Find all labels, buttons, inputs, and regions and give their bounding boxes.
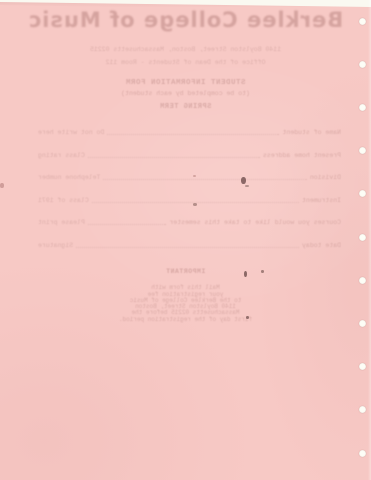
dotted-leader-line <box>88 224 167 225</box>
form-row: InstrumentClass of 1971 <box>38 197 341 204</box>
form-row-right-text: Do not write here <box>38 129 104 136</box>
ink-speck <box>245 185 249 187</box>
dotted-leader-line <box>88 157 260 158</box>
form-row-label: Instrument <box>302 197 341 204</box>
letterhead-office-line: Office of the Dean of Students - Room 11… <box>0 59 371 66</box>
punch-hole <box>359 104 366 111</box>
ink-speck <box>193 203 197 206</box>
punch-hole <box>359 320 366 327</box>
ink-speck <box>193 175 196 177</box>
form-row-label: Date today <box>302 242 341 249</box>
form-row-label: Name of student <box>282 129 341 136</box>
form-title-line: STUDENT INFORMATION FORM <box>0 79 371 87</box>
footer-line: first day of the registration period. <box>0 317 371 323</box>
form-row-label: Courses you would like to take this seme… <box>169 219 341 226</box>
form-row-right-text: Signature <box>38 242 73 249</box>
punch-hole <box>359 234 366 241</box>
form-row-right-text: Telephone number <box>38 174 100 181</box>
form-term-line: SPRING TERM <box>0 103 371 111</box>
ink-speck <box>261 270 264 273</box>
punch-hole <box>359 277 366 284</box>
berklee-logo-text: Berklee College of Music <box>0 8 371 32</box>
scanned-pink-form-page: Berklee College of Music 1140 Boylston S… <box>0 0 371 480</box>
bleedthrough-layer: Berklee College of Music 1140 Boylston S… <box>0 0 371 480</box>
dotted-leader-line <box>103 179 306 180</box>
punch-hole <box>359 450 366 457</box>
form-row: Name of studentDo not write here <box>38 129 341 136</box>
footer-lines: Mail this form withyour registration fee… <box>0 285 371 323</box>
form-row: Date todaySignature <box>38 242 341 249</box>
footer-instructions-block: IMPORTANT Mail this form withyour regist… <box>0 269 371 323</box>
form-row-right-text: Class of 1971 <box>38 197 89 204</box>
punch-hole <box>359 18 366 25</box>
letterhead-address-line: 1140 Boylston Street, Boston, Massachuse… <box>0 46 371 53</box>
form-row-label: Division <box>310 174 341 181</box>
ink-speck <box>0 183 4 188</box>
ink-speck <box>241 177 246 184</box>
form-row: Courses you would like to take this seme… <box>38 219 341 226</box>
ink-speck <box>246 316 249 319</box>
form-row: Present home addressClass rating <box>38 152 341 159</box>
form-field-rows: Name of studentDo not write herePresent … <box>38 129 341 249</box>
ink-speck <box>244 271 247 277</box>
dotted-leader-line <box>76 247 299 248</box>
punch-hole <box>359 61 366 68</box>
form-subtitle-line: (to be completed by each student) <box>0 90 371 97</box>
form-row-label: Present home address <box>263 152 341 159</box>
form-row-right-text: Please print <box>38 219 85 226</box>
footer-heading: IMPORTANT <box>0 269 371 275</box>
dotted-leader-line <box>107 134 279 135</box>
form-row: DivisionTelephone number <box>38 174 341 181</box>
form-row-right-text: Class rating <box>38 152 85 159</box>
